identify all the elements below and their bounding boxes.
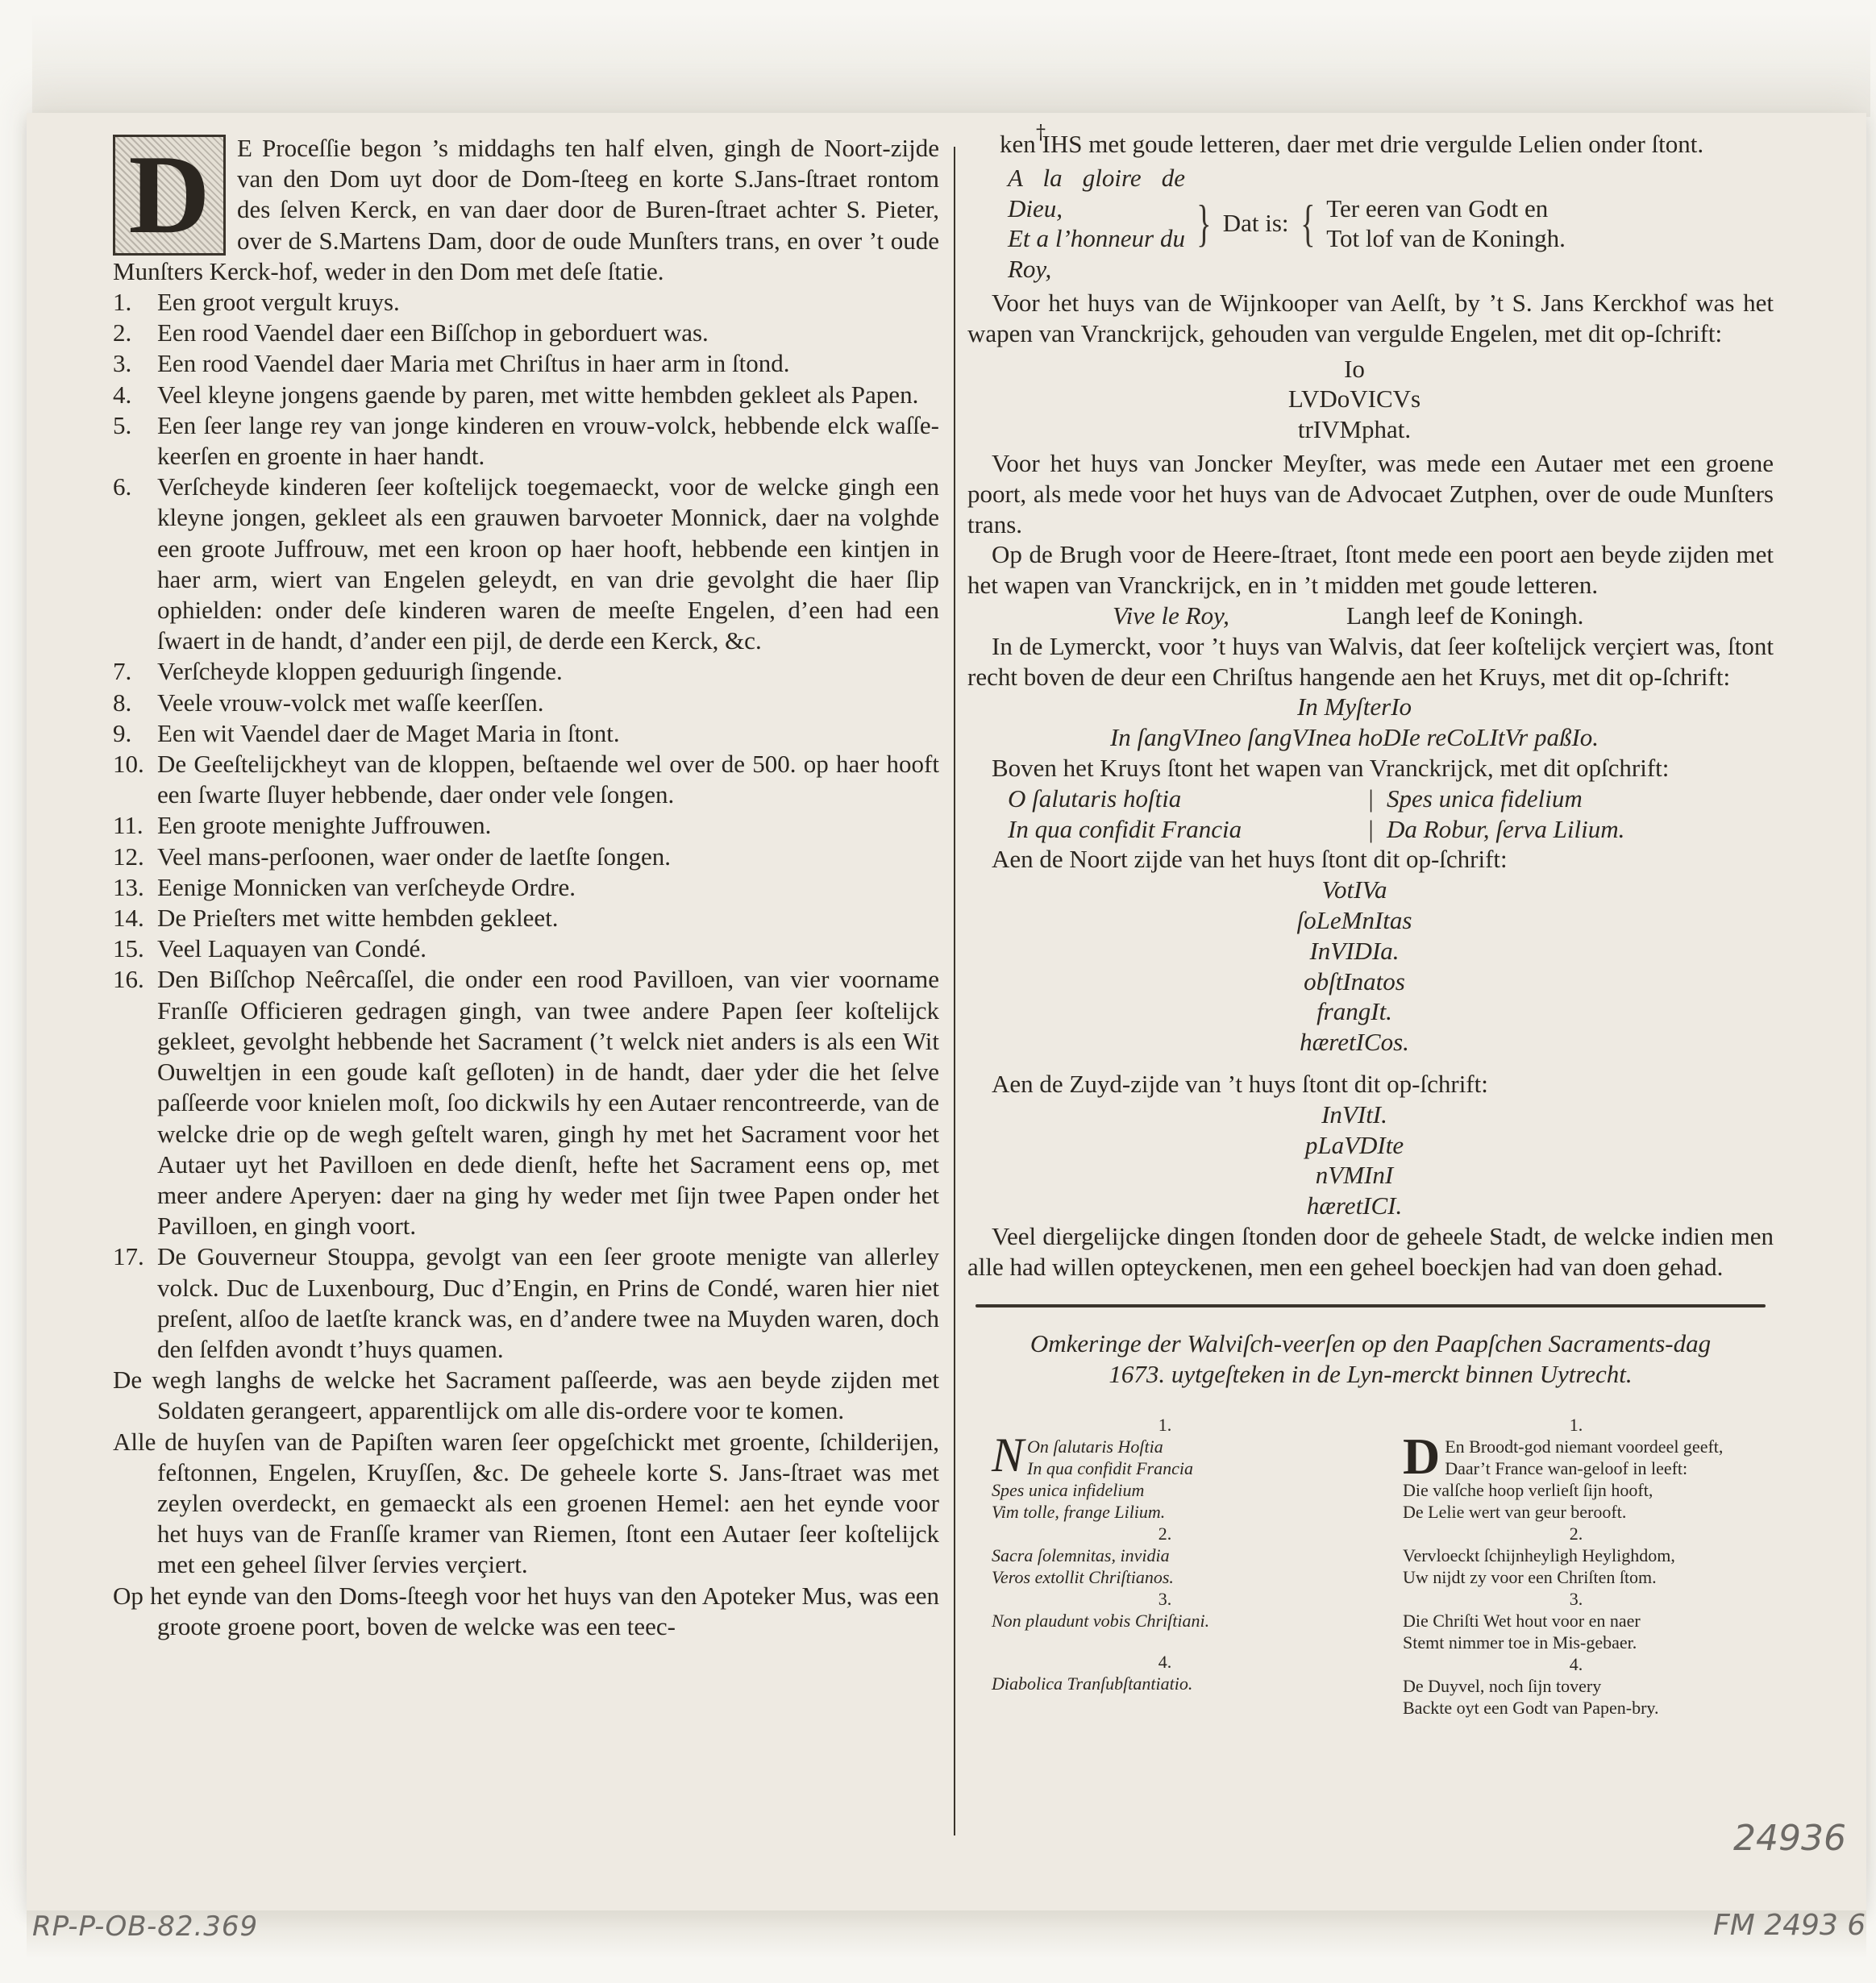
latin-pairs: O ſalutaris hoſtia | Spes unica fidelium… bbox=[967, 784, 1774, 845]
list-item-number: 11. bbox=[113, 810, 157, 841]
list-item-number: 15. bbox=[113, 933, 157, 964]
paragraph-noort-zijde: Aen de Noort zijde van het huys ſtont di… bbox=[967, 844, 1774, 875]
list-item: 3.Een rood Vaendel daer Maria met Chriſt… bbox=[113, 348, 939, 379]
list-item-text: De Prieſters met witte hembden gekleet. bbox=[157, 903, 939, 933]
list-item-text: Een groote menighte Juffrouwen. bbox=[157, 810, 939, 841]
list-item: 9.Een wit Vaendel daer de Maget Maria in… bbox=[113, 718, 939, 749]
dutch-verse-4: De Duyvel, noch ſijn tovery Backte oyt e… bbox=[1379, 1675, 1774, 1719]
list-item-number: 10. bbox=[113, 749, 157, 810]
motto-block: A la gloire de Dieu, Et a l’honneur du R… bbox=[1008, 163, 1774, 285]
handwritten-inventory-number: FM 2493 6 bbox=[1713, 1909, 1866, 1942]
brace-icon: { bbox=[1300, 197, 1315, 249]
list-item-text: De Geeſtelijckheyt van de kloppen, beſta… bbox=[157, 749, 939, 810]
north-chronogram: VotIVa ſoLeMnItas InVIDIa. obſtInatos fr… bbox=[935, 875, 1774, 1058]
south-chronogram: InVItI. pLaVDIte nVMInI hæretICI. bbox=[935, 1100, 1774, 1221]
list-item-text: Verſcheyde kloppen geduurigh ſingende. bbox=[157, 656, 939, 687]
right-column: ken IHS met goude letteren, daer met dri… bbox=[967, 129, 1774, 1719]
list-item-text: Een groot vergult kruys. bbox=[157, 287, 939, 318]
paragraph-wegh: De wegh langhs de welcke het Sacrament p… bbox=[113, 1365, 939, 1426]
list-item: 4.Veel kleyne jongens gaende by paren, m… bbox=[113, 380, 939, 410]
list-item-text: Eenige Monnicken van verſcheyde Ordre. bbox=[157, 872, 939, 903]
paragraph-wijnkooper: Voor het huys van de Wijnkooper van Aelſ… bbox=[967, 288, 1774, 349]
list-item-text: Veel mans-perſoonen, waer onder de laetſ… bbox=[157, 842, 939, 872]
procession-list: 1.Een groot vergult kruys.2.Een rood Vae… bbox=[113, 287, 939, 1365]
list-item-text: Veel kleyne jongens gaende by paren, met… bbox=[157, 380, 939, 410]
latin-verses: 1. N On ſalutaris Hoſtia In qua confidit… bbox=[967, 1414, 1362, 1719]
list-item-number: 8. bbox=[113, 688, 157, 718]
list-item-text: Verſcheyde kinderen ſeer koſtelijck toeg… bbox=[157, 472, 939, 656]
paragraph-brugh: Op de Brugh voor de Heere-ſtraet, ſtont … bbox=[967, 539, 1774, 601]
motto-dat-is: Dat is: bbox=[1223, 208, 1289, 239]
list-item: 5.Een ſeer lange rey van jonge kinderen … bbox=[113, 410, 939, 472]
list-item-text: Een rood Vaendel daer een Biſſchop in ge… bbox=[157, 318, 939, 348]
list-item-number: 7. bbox=[113, 656, 157, 687]
list-item: 17.De Gouverneur Stouppa, gevolgt van ee… bbox=[113, 1241, 939, 1365]
list-item-number: 2. bbox=[113, 318, 157, 348]
list-item: 15.Veel Laquayen van Condé. bbox=[113, 933, 939, 964]
list-item: 2.Een rood Vaendel daer een Biſſchop in … bbox=[113, 318, 939, 348]
list-item: 8.Veele vrouw-volck met waſſe keerſſen. bbox=[113, 688, 939, 718]
list-item-number: 1. bbox=[113, 287, 157, 318]
section-rule bbox=[975, 1304, 1766, 1307]
verse-section-title: Omkeringe der Walviſch-veerſen op den Pa… bbox=[967, 1328, 1774, 1390]
list-item-number: 14. bbox=[113, 903, 157, 933]
intro-text: E Proceſſie begon ’s middaghs ten half e… bbox=[113, 134, 939, 285]
list-item-number: 6. bbox=[113, 472, 157, 656]
paragraph-diergelijcke: Veel diergelijcke dingen ſtonden door de… bbox=[967, 1221, 1774, 1283]
list-item: 14.De Prieſters met witte hembden geklee… bbox=[113, 903, 939, 933]
verse-columns: 1. N On ſalutaris Hoſtia In qua confidit… bbox=[967, 1414, 1774, 1719]
inscription-mysterio: In MyſterIo In ſangVIneo ſangVInea hoDIe… bbox=[935, 692, 1774, 753]
latin-verse-3: Non plaudunt vobis Chriſtiani. bbox=[967, 1610, 1362, 1632]
list-item-number: 13. bbox=[113, 872, 157, 903]
dutch-verses: 1. D En Broodt-god niemant voordeel geef… bbox=[1379, 1414, 1774, 1719]
paragraph-boven-kruys: Boven het Kruys ſtont het wapen van Vran… bbox=[967, 753, 1774, 784]
latin-verse-4: Diabolica Tranſubſtantiatio. bbox=[967, 1673, 1362, 1694]
list-item-number: 4. bbox=[113, 380, 157, 410]
list-item: 10.De Geeſtelijckheyt van de kloppen, be… bbox=[113, 749, 939, 810]
vive-le-roy: Vive le Roy, Langh leef de Koningh. bbox=[1113, 601, 1774, 631]
list-item: 13.Eenige Monnicken van verſcheyde Ordre… bbox=[113, 872, 939, 903]
list-item-text: De Gouverneur Stouppa, gevolgt van een ſ… bbox=[157, 1241, 939, 1365]
dutch-verse-1: D En Broodt-god niemant voordeel geeft, … bbox=[1379, 1436, 1774, 1523]
list-item-text: Veel Laquayen van Condé. bbox=[157, 933, 939, 964]
latin-verse-2: Sacra ſolemnitas, invidia Veros extollit… bbox=[967, 1544, 1362, 1588]
list-item-number: 17. bbox=[113, 1241, 157, 1365]
dutch-verse-2: Vervloeckt ſchijnheyligh Heylighdom, Uw … bbox=[1379, 1544, 1774, 1588]
list-item-number: 9. bbox=[113, 718, 157, 749]
list-item-text: Een rood Vaendel daer Maria met Chriſtus… bbox=[157, 348, 939, 379]
list-item-text: Een ſeer lange rey van jonge kinderen en… bbox=[157, 410, 939, 472]
list-item-number: 16. bbox=[113, 964, 157, 1241]
motto-french: A la gloire de Dieu, Et a l’honneur du R… bbox=[1008, 163, 1185, 285]
page-shadow-bottom bbox=[27, 1910, 1866, 1959]
motto-dutch: Ter eeren van Godt en Tot lof van de Kon… bbox=[1326, 193, 1566, 255]
accession-number: RP-P-OB-82.369 bbox=[32, 1910, 258, 1943]
list-item: 12.Veel mans-perſoonen, waer onder de la… bbox=[113, 842, 939, 872]
list-item-number: 12. bbox=[113, 842, 157, 872]
paragraph-meyster: Voor het huys van Joncker Meyſter, was m… bbox=[967, 448, 1774, 539]
paragraph-doms-steegh: Op het eynde van den Doms-ſteegh voor he… bbox=[113, 1581, 939, 1642]
list-item-text: Veele vrouw-volck met waſſe keerſſen. bbox=[157, 688, 939, 718]
list-item-text: Den Biſſchop Neêrcaſſel, die onder een r… bbox=[157, 964, 939, 1241]
paragraph-lymerckt: In de Lymerckt, voor ’t huys van Walvis,… bbox=[967, 631, 1774, 692]
list-item-text: Een wit Vaendel daer de Maget Maria in ſ… bbox=[157, 718, 939, 749]
left-column: D E Proceſſie begon ’s middaghs ten half… bbox=[113, 133, 939, 1642]
list-item-number: 3. bbox=[113, 348, 157, 379]
page-shadow-top bbox=[32, 12, 1870, 117]
ornamental-drop-cap-d: D bbox=[113, 135, 226, 256]
list-item: 16.Den Biſſchop Neêrcaſſel, die onder ee… bbox=[113, 964, 939, 1241]
brace-icon: } bbox=[1196, 197, 1211, 249]
paragraph-ihs: ken IHS met goude letteren, daer met dri… bbox=[967, 129, 1774, 160]
list-item: 1.Een groot vergult kruys. bbox=[113, 287, 939, 318]
latin-verse-1: N On ſalutaris Hoſtia In qua confidit Fr… bbox=[967, 1436, 1362, 1523]
paragraph-huysen: Alle de huyſen van de Papiſten waren ſee… bbox=[113, 1427, 939, 1581]
handwritten-number: 24936 bbox=[1733, 1818, 1846, 1859]
list-item: 7.Verſcheyde kloppen geduurigh ſingende. bbox=[113, 656, 939, 687]
list-item: 6.Verſcheyde kinderen ſeer koſtelijck to… bbox=[113, 472, 939, 656]
inscription-ludovicus: Io LVDoVICVs trIVMphat. bbox=[935, 354, 1774, 445]
intro-paragraph: D E Proceſſie begon ’s middaghs ten half… bbox=[113, 133, 939, 287]
list-item-number: 5. bbox=[113, 410, 157, 472]
dutch-verse-3: Die Chriſti Wet hout voor en naer Stemt … bbox=[1379, 1610, 1774, 1653]
list-item: 11.Een groote menighte Juffrouwen. bbox=[113, 810, 939, 841]
paragraph-zuyd-zijde: Aen de Zuyd-zijde van ’t huys ſtont dit … bbox=[967, 1069, 1774, 1100]
